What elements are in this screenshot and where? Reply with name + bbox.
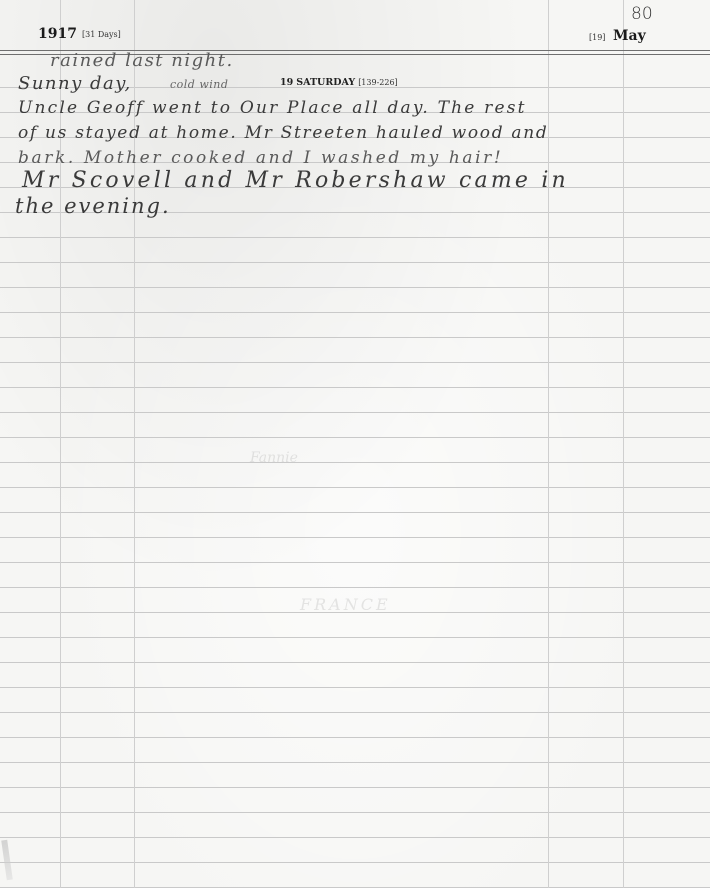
entry-line: Sunny day,: [18, 73, 132, 94]
day-heading: 19 SATURDAY [139-226]: [280, 77, 398, 88]
entry-line: rained last night.: [50, 50, 234, 71]
year-days-label: [31 Days]: [82, 30, 121, 39]
entry-line: Mr Scovell and Mr Robershaw came in: [22, 168, 569, 193]
bleed-through-text: FRANCE: [300, 595, 391, 614]
year-label: 1917: [38, 26, 77, 42]
month-day-index: [19]: [589, 33, 605, 42]
entry-line: the evening.: [15, 194, 171, 218]
entry-line: bark. Mother cooked and I washed my hair…: [18, 148, 503, 168]
day-number: 19: [280, 77, 293, 88]
day-range: [139-226]: [358, 78, 397, 87]
page-number: 80: [631, 4, 653, 24]
entry-line: cold wind: [170, 78, 228, 91]
column-line: [623, 0, 624, 888]
bleed-through-text: Fannie: [250, 450, 298, 466]
entry-line: Uncle Geoff went to Our Place all day. T…: [18, 98, 527, 118]
month-label: May: [613, 28, 646, 44]
weekday: SATURDAY: [296, 77, 355, 88]
diary-page: 1917 [31 Days] 80 [19] May 19 SATURDAY […: [0, 0, 710, 888]
entry-line: of us stayed at home. Mr Streeten hauled…: [18, 123, 549, 143]
